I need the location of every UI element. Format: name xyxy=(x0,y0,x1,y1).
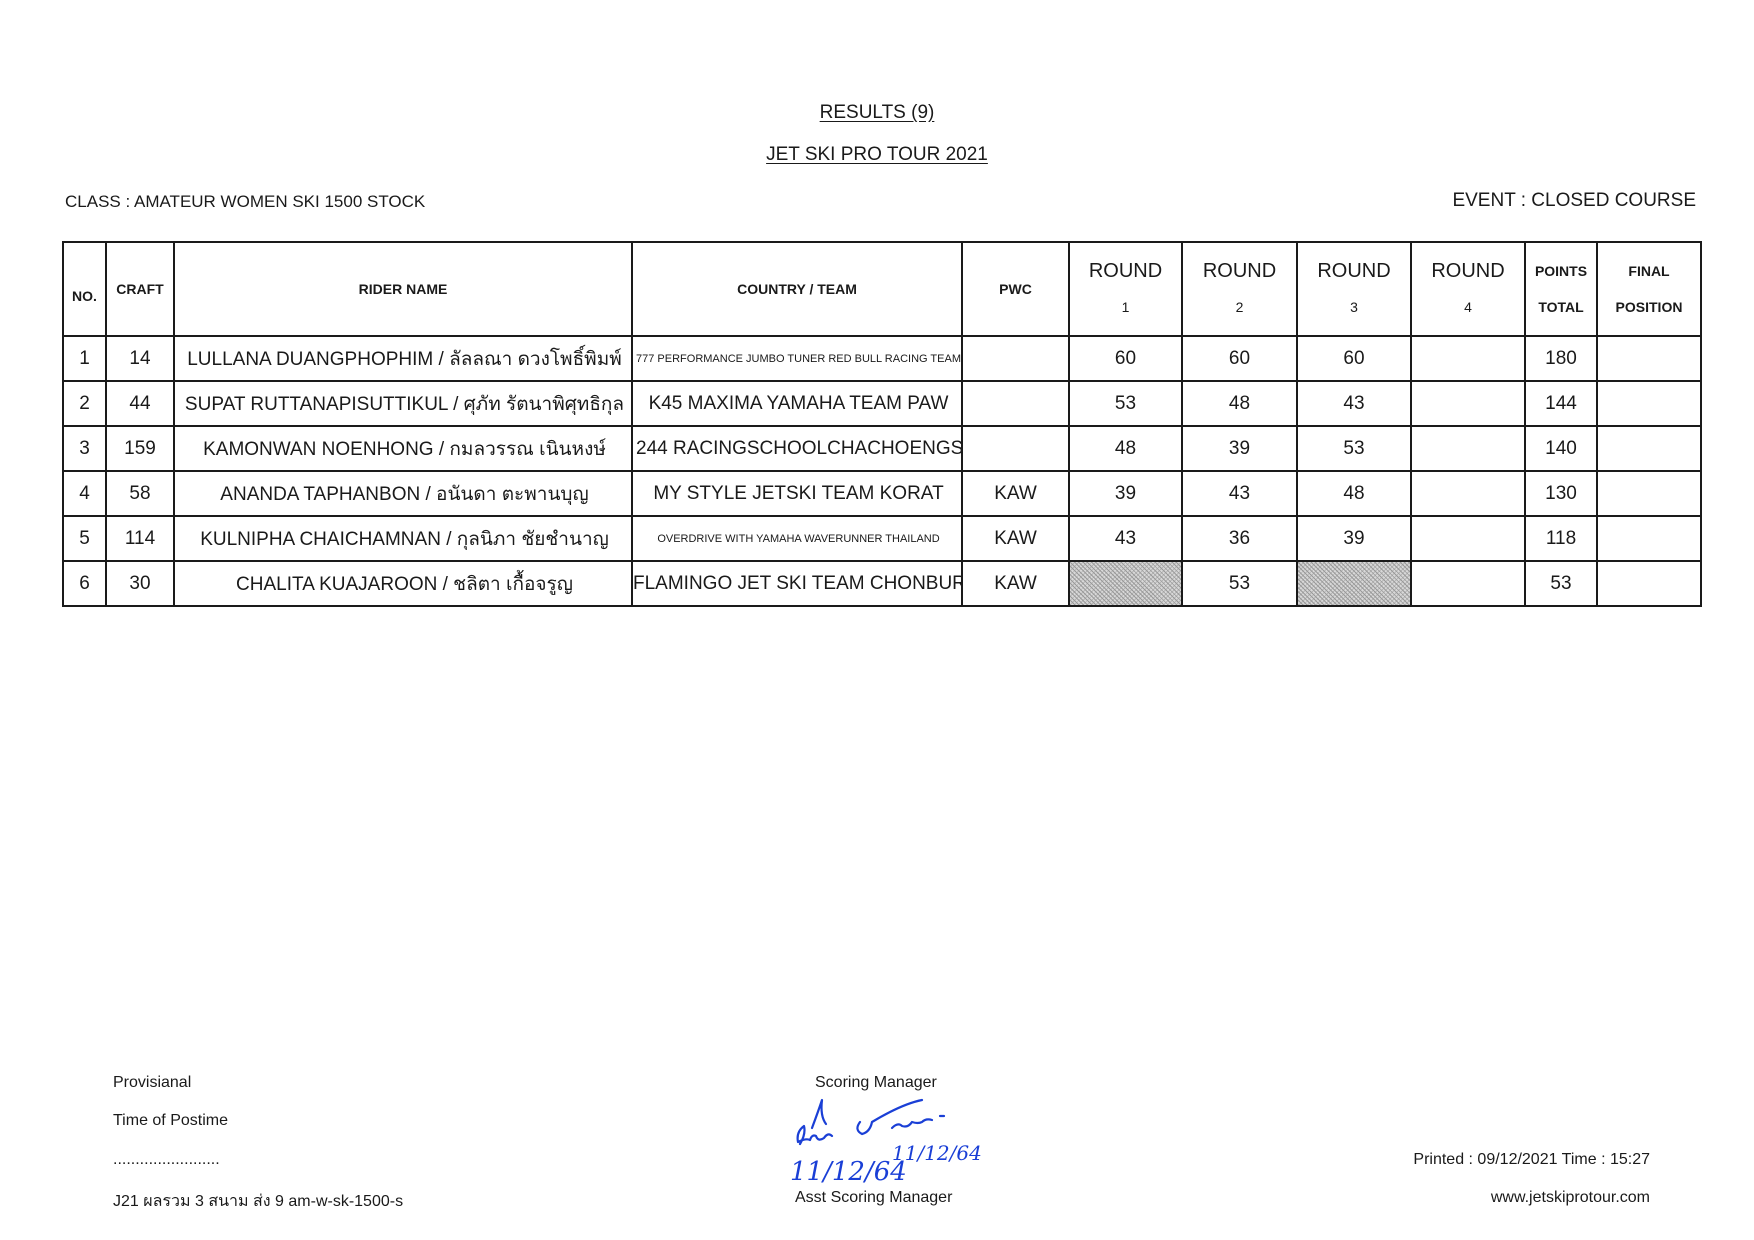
cell-round-2: 36 xyxy=(1182,516,1297,561)
provisional-label: Provisianal xyxy=(113,1074,191,1092)
cell-round-2: 43 xyxy=(1182,471,1297,516)
cell-round-3: 39 xyxy=(1297,516,1411,561)
cell-pwc: KAW xyxy=(962,471,1069,516)
document-code: J21 ผลรวม 3 สนาม ส่ง 9 am-w-sk-1500-s xyxy=(113,1189,403,1214)
printed-timestamp: Printed : 09/12/2021 Time : 15:27 xyxy=(1413,1151,1650,1169)
cell-points-total: 144 xyxy=(1525,381,1597,426)
cell-pwc: KAW xyxy=(962,516,1069,561)
cell-no: 5 xyxy=(63,516,106,561)
cell-round-3: 60 xyxy=(1297,336,1411,381)
cell-rider-name: SUPAT RUTTANAPISUTTIKUL / ศุภัท รัตนาพิศ… xyxy=(174,381,632,426)
cell-points-total: 130 xyxy=(1525,471,1597,516)
cell-round-1: 60 xyxy=(1069,336,1182,381)
website-link[interactable]: www.jetskiprotour.com xyxy=(1491,1189,1650,1207)
header-craft: CRAFT xyxy=(106,242,174,336)
cell-final-position xyxy=(1597,561,1701,606)
cell-points-total: 180 xyxy=(1525,336,1597,381)
cell-no: 1 xyxy=(63,336,106,381)
header-round-3: ROUND3 xyxy=(1297,242,1411,336)
cell-final-position xyxy=(1597,381,1701,426)
cell-rider-name: KULNIPHA CHAICHAMNAN / กุลนิภา ชัยชำนาญ xyxy=(174,516,632,561)
cell-round-1 xyxy=(1069,561,1182,606)
cell-rider-name: CHALITA KUAJAROON / ชลิตา เกื้อจรูญ xyxy=(174,561,632,606)
cell-round-4 xyxy=(1411,336,1525,381)
cell-round-4 xyxy=(1411,516,1525,561)
postime-blank: ........................ xyxy=(113,1151,220,1169)
page-title: RESULTS (9) xyxy=(0,102,1754,124)
cell-craft: 159 xyxy=(106,426,174,471)
table-row: 458ANANDA TAPHANBON / อนันดา ตะพานบุญMY … xyxy=(63,471,1701,516)
cell-craft: 30 xyxy=(106,561,174,606)
cell-rider-name: KAMONWAN NOENHONG / กมลวรรณ เนินหงษ์ xyxy=(174,426,632,471)
cell-round-3: 53 xyxy=(1297,426,1411,471)
cell-craft: 14 xyxy=(106,336,174,381)
header-final-position: FINALPOSITION xyxy=(1597,242,1701,336)
cell-country-team: K45 MAXIMA YAMAHA TEAM PAW xyxy=(632,381,962,426)
cell-craft: 114 xyxy=(106,516,174,561)
cell-round-3 xyxy=(1297,561,1411,606)
cell-round-2: 60 xyxy=(1182,336,1297,381)
cell-rider-name: ANANDA TAPHANBON / อนันดา ตะพานบุญ xyxy=(174,471,632,516)
cell-final-position xyxy=(1597,516,1701,561)
cell-points-total: 140 xyxy=(1525,426,1597,471)
cell-pwc xyxy=(962,381,1069,426)
header-rider-name: RIDER NAME xyxy=(174,242,632,336)
cell-round-4 xyxy=(1411,381,1525,426)
cell-pwc xyxy=(962,336,1069,381)
svg-text:11/12/64: 11/12/64 xyxy=(790,1157,907,1187)
cell-round-4 xyxy=(1411,426,1525,471)
cell-points-total: 118 xyxy=(1525,516,1597,561)
signature-icon: 11/12/64 11/12/64 xyxy=(780,1092,1000,1187)
header-round-1: ROUND1 xyxy=(1069,242,1182,336)
cell-final-position xyxy=(1597,426,1701,471)
cell-round-1: 43 xyxy=(1069,516,1182,561)
cell-craft: 44 xyxy=(106,381,174,426)
table-row: 630CHALITA KUAJAROON / ชลิตา เกื้อจรูญFL… xyxy=(63,561,1701,606)
asst-scoring-manager-label: Asst Scoring Manager xyxy=(795,1189,952,1207)
results-table: NO. CRAFT RIDER NAME COUNTRY / TEAM PWC … xyxy=(62,241,1702,607)
page-subtitle: JET SKI PRO TOUR 2021 xyxy=(0,144,1754,166)
header-round-2: ROUND2 xyxy=(1182,242,1297,336)
header-round-4: ROUND4 xyxy=(1411,242,1525,336)
cell-country-team: OVERDRIVE WITH YAMAHA WAVERUNNER THAILAN… xyxy=(632,516,962,561)
cell-no: 4 xyxy=(63,471,106,516)
table-row: 3159KAMONWAN NOENHONG / กมลวรรณ เนินหงษ์… xyxy=(63,426,1701,471)
cell-country-team: FLAMINGO JET SKI TEAM CHONBURI xyxy=(632,561,962,606)
cell-round-2: 48 xyxy=(1182,381,1297,426)
cell-round-2: 39 xyxy=(1182,426,1297,471)
table-row: 114LULLANA DUANGPHOPHIM / ลัลลณา ดวงโพธิ… xyxy=(63,336,1701,381)
cell-round-4 xyxy=(1411,561,1525,606)
cell-round-1: 53 xyxy=(1069,381,1182,426)
cell-craft: 58 xyxy=(106,471,174,516)
scoring-manager-label: Scoring Manager xyxy=(815,1074,937,1092)
table-row: 5114KULNIPHA CHAICHAMNAN / กุลนิภา ชัยชำ… xyxy=(63,516,1701,561)
cell-country-team: 244 RACINGSCHOOLCHACHOENGSAO xyxy=(632,426,962,471)
cell-country-team: 777 PERFORMANCE JUMBO TUNER RED BULL RAC… xyxy=(632,336,962,381)
cell-round-4 xyxy=(1411,471,1525,516)
cell-rider-name: LULLANA DUANGPHOPHIM / ลัลลณา ดวงโพธิ์พิ… xyxy=(174,336,632,381)
table-row: 244SUPAT RUTTANAPISUTTIKUL / ศุภัท รัตนา… xyxy=(63,381,1701,426)
cell-no: 6 xyxy=(63,561,106,606)
cell-round-3: 43 xyxy=(1297,381,1411,426)
header-no: NO. xyxy=(63,242,106,336)
cell-points-total: 53 xyxy=(1525,561,1597,606)
header-points-total: POINTSTOTAL xyxy=(1525,242,1597,336)
cell-pwc xyxy=(962,426,1069,471)
cell-country-team: MY STYLE JETSKI TEAM KORAT xyxy=(632,471,962,516)
cell-round-1: 48 xyxy=(1069,426,1182,471)
cell-pwc: KAW xyxy=(962,561,1069,606)
table-header-row: NO. CRAFT RIDER NAME COUNTRY / TEAM PWC … xyxy=(63,242,1701,336)
cell-round-1: 39 xyxy=(1069,471,1182,516)
class-label: CLASS : AMATEUR WOMEN SKI 1500 STOCK xyxy=(65,192,425,212)
cell-no: 3 xyxy=(63,426,106,471)
cell-round-3: 48 xyxy=(1297,471,1411,516)
cell-final-position xyxy=(1597,336,1701,381)
svg-text:11/12/64: 11/12/64 xyxy=(892,1141,982,1165)
cell-no: 2 xyxy=(63,381,106,426)
time-of-postime-label: Time of Postime xyxy=(113,1112,228,1130)
header-pwc: PWC xyxy=(962,242,1069,336)
cell-final-position xyxy=(1597,471,1701,516)
header-country-team: COUNTRY / TEAM xyxy=(632,242,962,336)
event-label: EVENT : CLOSED COURSE xyxy=(1452,190,1696,212)
cell-round-2: 53 xyxy=(1182,561,1297,606)
